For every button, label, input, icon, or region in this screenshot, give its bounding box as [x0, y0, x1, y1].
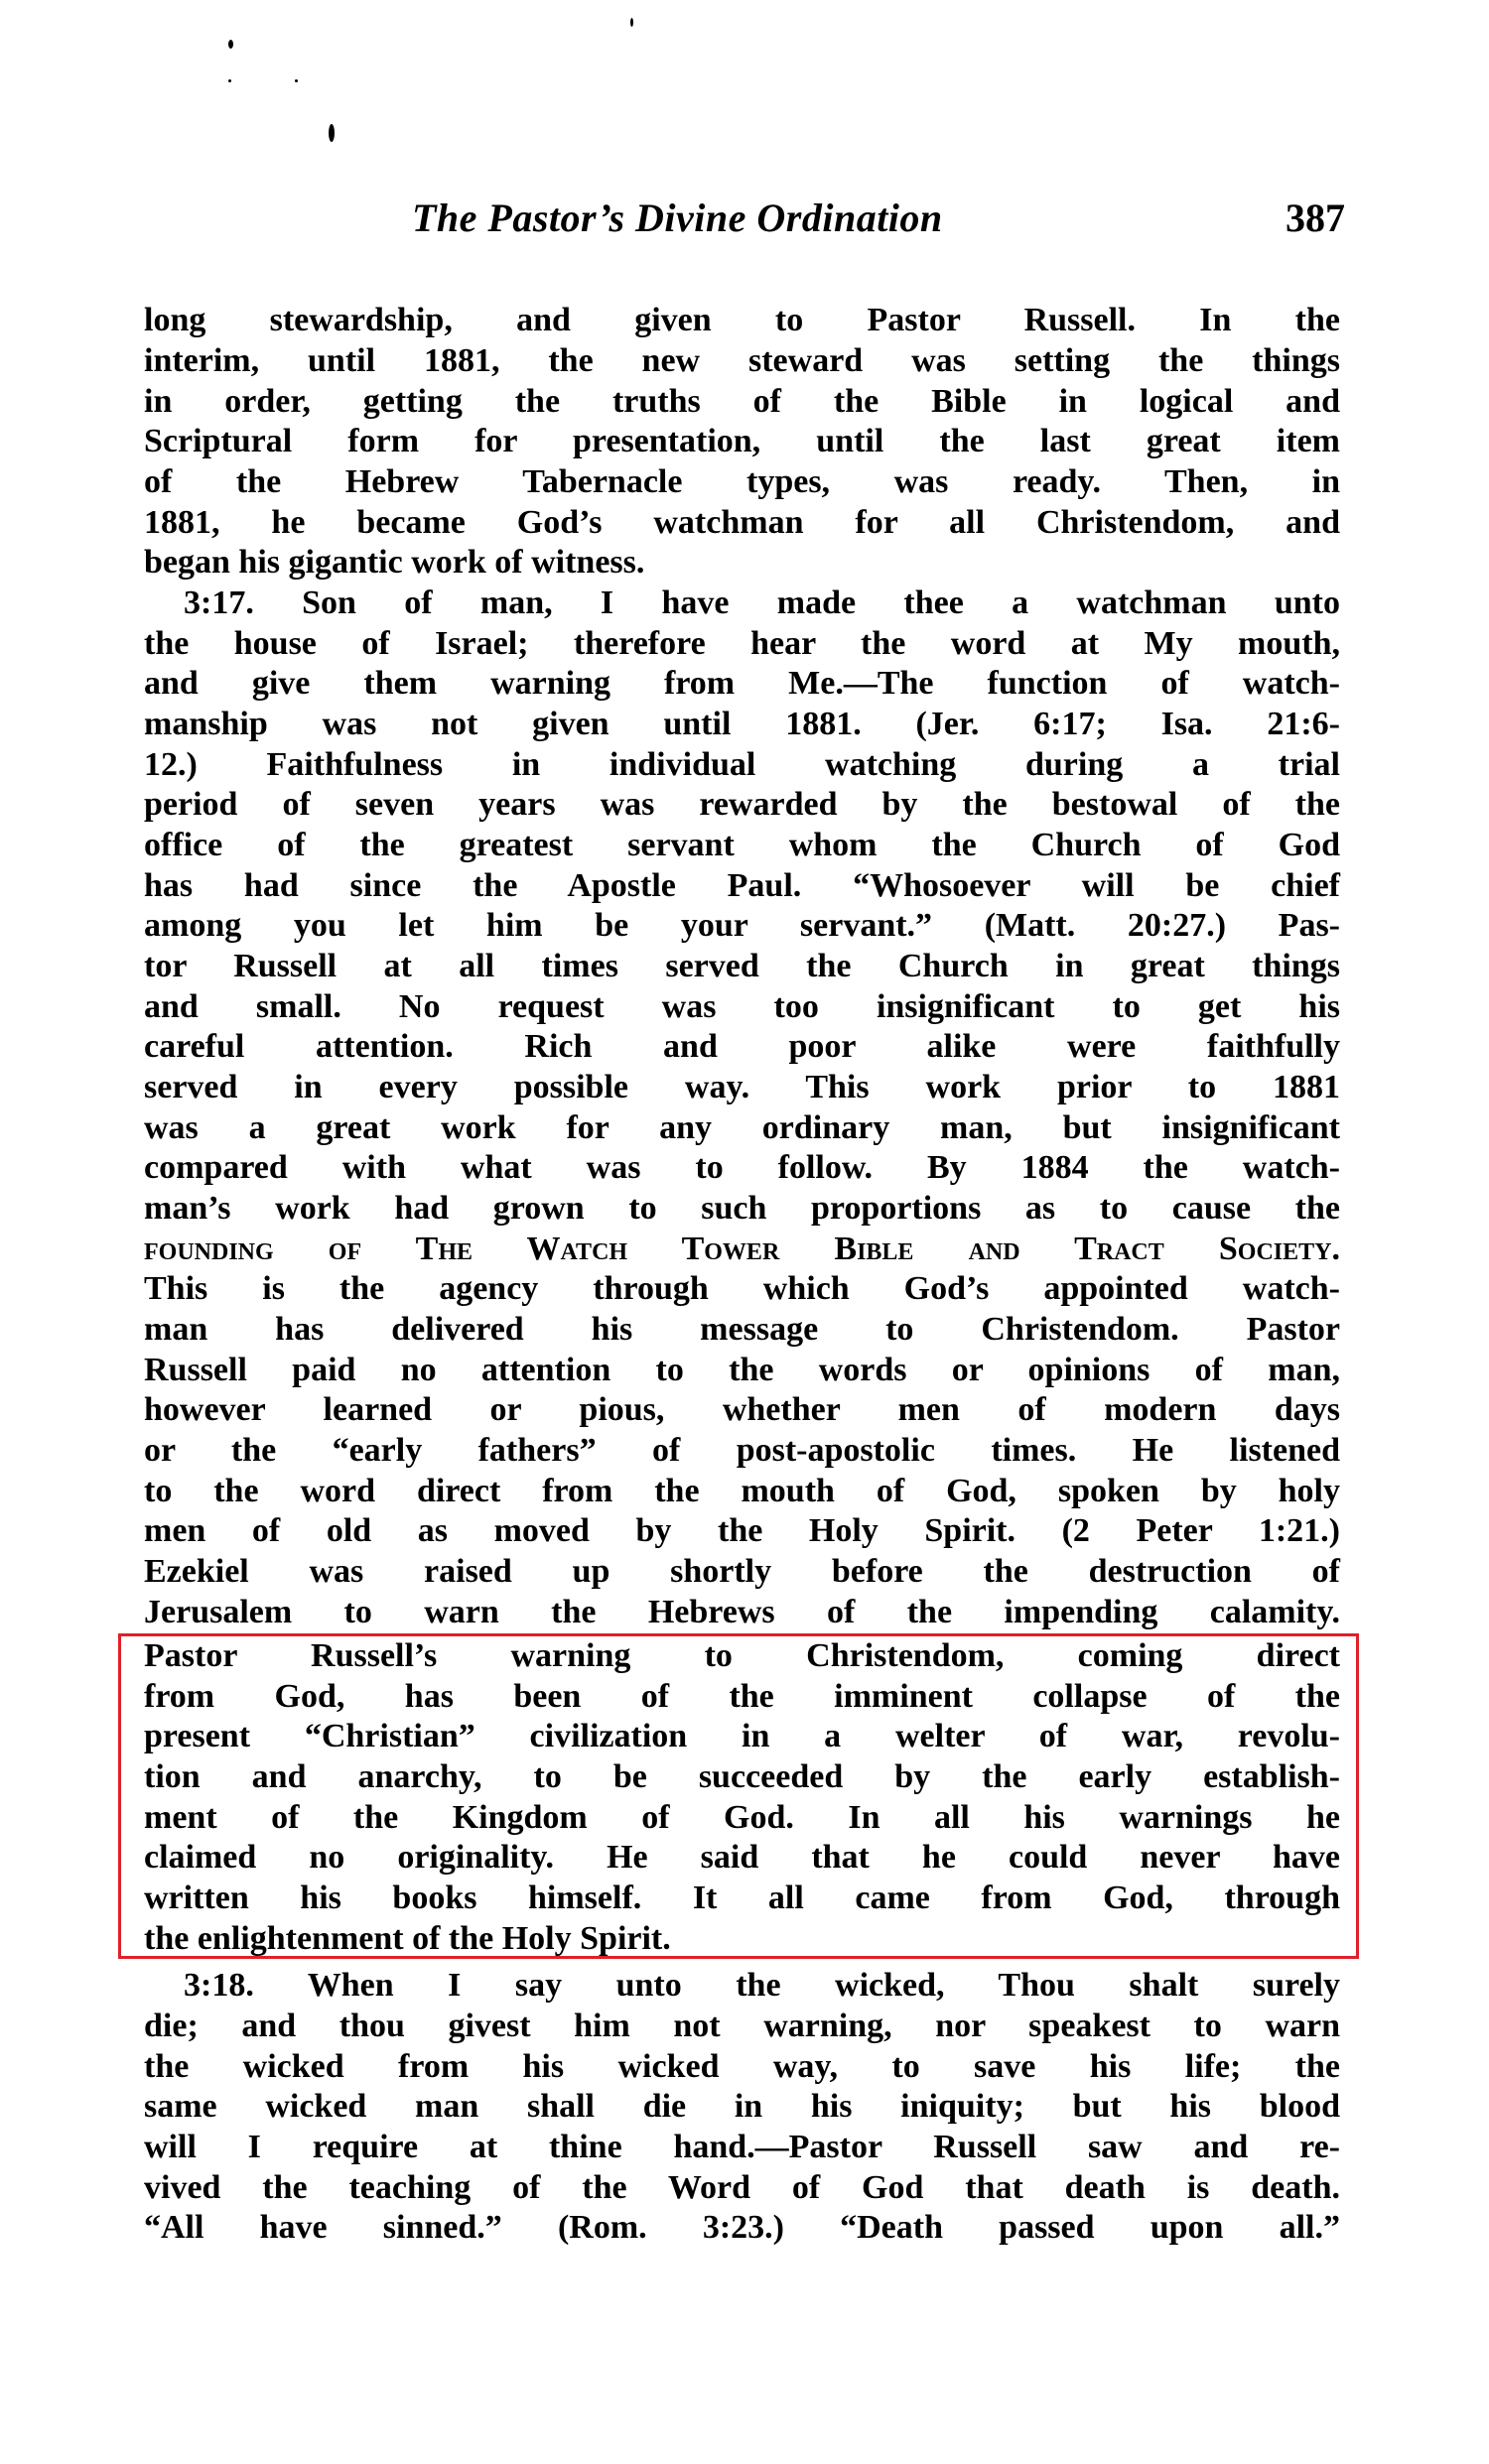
text-line: to the word direct from the mouth of God… — [144, 1471, 1340, 1511]
text-line: careful attention. Rich and poor alike w… — [144, 1026, 1340, 1067]
text-line: interim, until 1881, the new steward was… — [144, 340, 1340, 381]
text-line: 12.) Faithfulness in individual watching… — [144, 744, 1340, 785]
text-line: Ezekiel was raised up shortly before the… — [144, 1551, 1340, 1592]
text-line: has had since the Apostle Paul. “Whosoev… — [144, 865, 1340, 906]
text-line: tor Russell at all times served the Chur… — [144, 946, 1340, 986]
verse-line: 3:18. When I say unto the wicked, Thou s… — [144, 1965, 1340, 2006]
scan-speck — [630, 18, 633, 27]
scan-speck — [295, 79, 298, 82]
scan-speck — [228, 40, 233, 49]
verse-line: 3:17. Son of man, I have made thee a wat… — [144, 583, 1340, 623]
text-line: began his gigantic work of witness. — [144, 542, 1340, 583]
text-line: man’s work had grown to such proportions… — [144, 1188, 1340, 1229]
highlighted-line: ment of the Kingdom of God. In all his w… — [144, 1797, 1340, 1838]
running-head: The Pastor’s Divine Ordination 387 — [412, 195, 1345, 250]
text-line: “All have sinned.” (Rom. 3:23.) “Death p… — [144, 2207, 1340, 2248]
text-line: office of the greatest servant whom the … — [144, 825, 1340, 865]
text-line: long stewardship, and given to Pastor Ru… — [144, 300, 1340, 340]
text-line: compared with what was to follow. By 188… — [144, 1147, 1340, 1188]
text-line: manship was not given until 1881. (Jer. … — [144, 704, 1340, 744]
page-number: 387 — [1286, 195, 1345, 241]
text-line: and give them warning from Me.—The funct… — [144, 663, 1340, 704]
scan-speck — [228, 79, 231, 82]
highlighted-line: Pastor Russell’s warning to Christendom,… — [144, 1635, 1340, 1676]
book-page: The Pastor’s Divine Ordination 387 long … — [0, 0, 1489, 2464]
text-line: in order, getting the truths of the Bibl… — [144, 381, 1340, 422]
highlighted-line: the enlightenment of the Holy Spirit. — [144, 1918, 1340, 1959]
text-line: man has delivered his message to Christe… — [144, 1309, 1340, 1350]
text-line: and small. No request was too insignific… — [144, 986, 1340, 1027]
scan-speck — [329, 124, 335, 142]
highlighted-line: present “Christian” civilization in a we… — [144, 1716, 1340, 1756]
running-title: The Pastor’s Divine Ordination — [412, 195, 943, 241]
text-line: This is the agency through which God’s a… — [144, 1268, 1340, 1309]
text-line: die; and thou givest him not warning, no… — [144, 2006, 1340, 2046]
text-line: was a great work for any ordinary man, b… — [144, 1107, 1340, 1148]
text-line: same wicked man shall die in his iniquit… — [144, 2086, 1340, 2127]
text-line: 1881, he became God’s watchman for all C… — [144, 502, 1340, 543]
text-line: founding of The Watch Tower Bible and Tr… — [144, 1229, 1340, 1269]
text-line: the wicked from his wicked way, to save … — [144, 2046, 1340, 2087]
text-line: the house of Israel; therefore hear the … — [144, 623, 1340, 664]
text-line: Jerusalem to warn the Hebrews of the imp… — [144, 1592, 1340, 1632]
text-line: will I require at thine hand.—Pastor Rus… — [144, 2127, 1340, 2167]
text-line: of the Hebrew Tabernacle types, was read… — [144, 461, 1340, 502]
text-line: served in every possible way. This work … — [144, 1067, 1340, 1107]
text-line: among you let him be your servant.” (Mat… — [144, 905, 1340, 946]
text-line: vived the teaching of the Word of God th… — [144, 2167, 1340, 2208]
highlighted-line: claimed no originality. He said that he … — [144, 1837, 1340, 1878]
text-line: Scriptural form for presentation, until … — [144, 421, 1340, 461]
text-line: period of seven years was rewarded by th… — [144, 784, 1340, 825]
text-line: Russell paid no attention to the words o… — [144, 1350, 1340, 1390]
text-line: however learned or pious, whether men of… — [144, 1389, 1340, 1430]
text-line: or the “early fathers” of post-apostolic… — [144, 1430, 1340, 1471]
highlighted-line: tion and anarchy, to be succeeded by the… — [144, 1756, 1340, 1797]
text-line: men of old as moved by the Holy Spirit. … — [144, 1510, 1340, 1551]
highlighted-line: from God, has been of the imminent colla… — [144, 1676, 1340, 1717]
highlighted-line: written his books himself. It all came f… — [144, 1878, 1340, 1918]
